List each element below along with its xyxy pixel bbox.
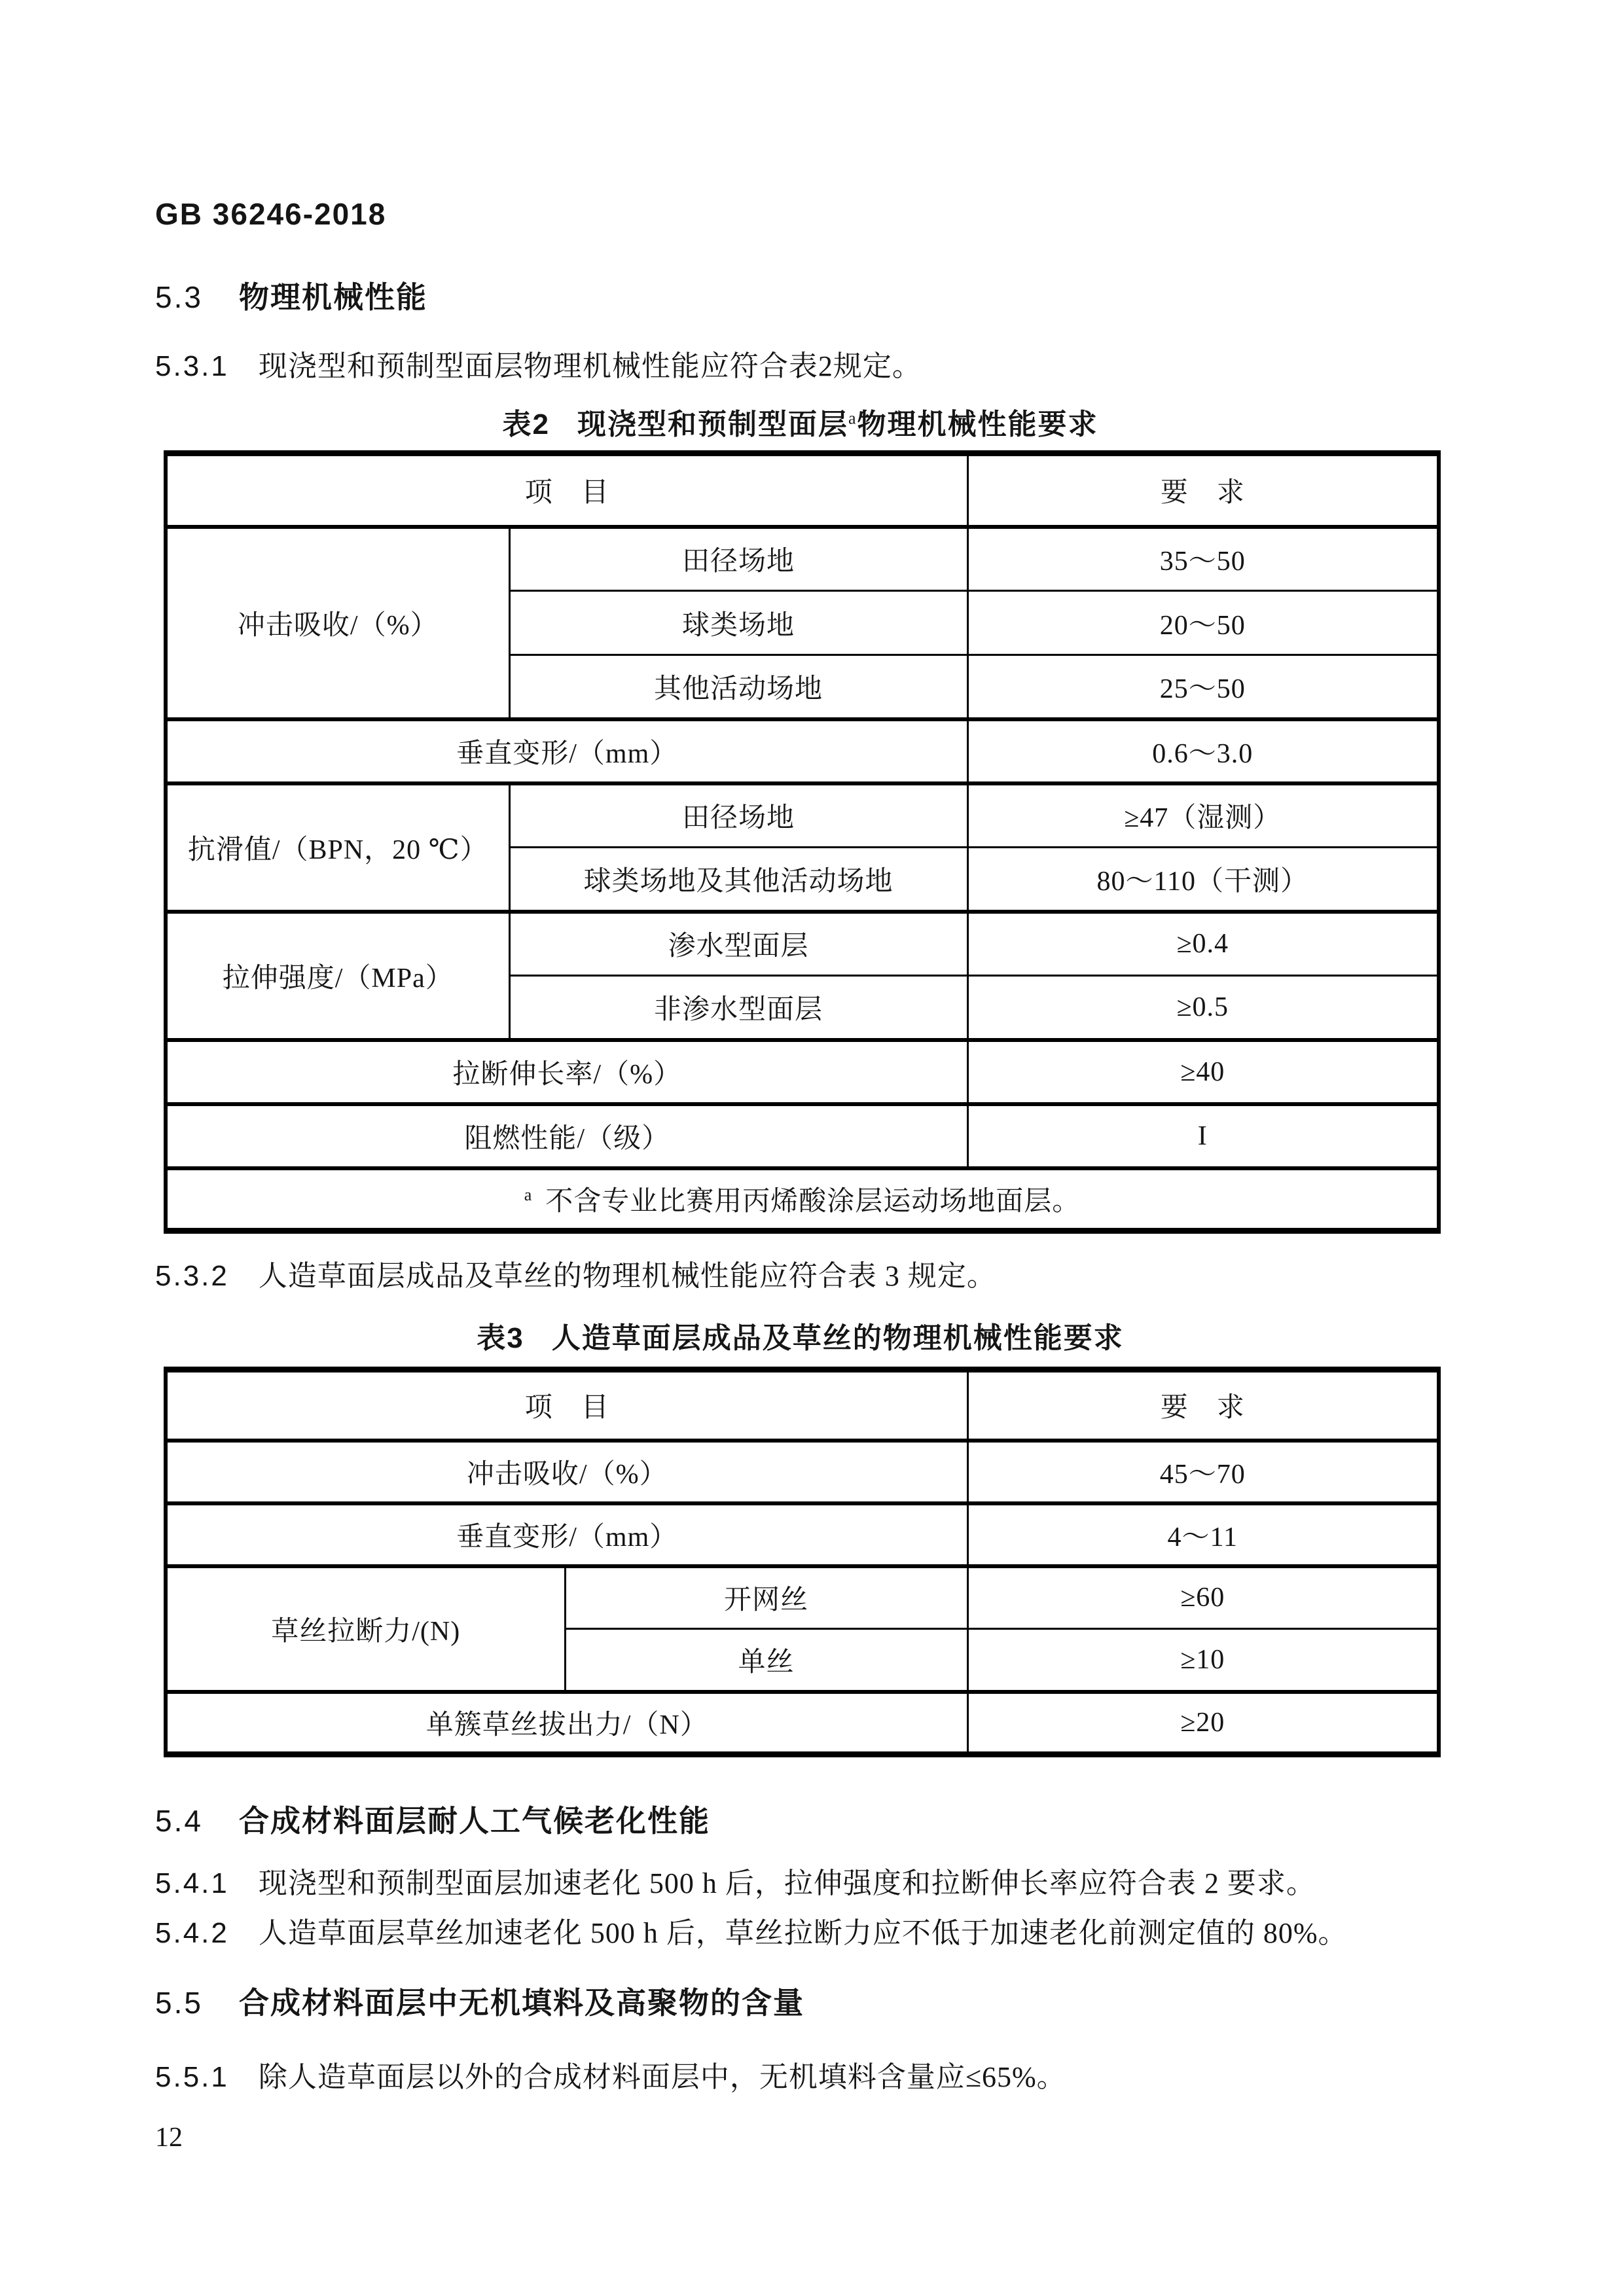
paragraph-5-3-1-number: 5.3.1 bbox=[155, 350, 229, 382]
table3-header-req: 要 求 bbox=[967, 1370, 1439, 1441]
table2-caption-superscript: a bbox=[848, 408, 857, 427]
table2-caption: 表2现浇型和预制型面层a物理机械性能要求 bbox=[164, 401, 1437, 442]
table3-yarn-req-0: ≥60 bbox=[967, 1566, 1439, 1629]
paragraph-5-3-2: 5.3.2人造草面层成品及草丝的物理机械性能应符合表 3 规定。 bbox=[155, 1255, 996, 1297]
heading-5-3-title: 物理机械性能 bbox=[239, 280, 427, 314]
table2-impact-item-1: 球类场地 bbox=[509, 591, 967, 655]
table3-tuft-label: 单簇草丝拔出力/（N） bbox=[166, 1692, 967, 1755]
table3-tuft-req: ≥20 bbox=[967, 1692, 1439, 1755]
table3-vertical-req: 4～11 bbox=[967, 1503, 1439, 1566]
table3-header-row: 项 目 要 求 bbox=[166, 1370, 1439, 1441]
paragraph-5-5-1-number: 5.5.1 bbox=[155, 2061, 229, 2093]
table-row: 垂直变形/（mm） 0.6～3.0 bbox=[166, 719, 1439, 783]
heading-5-3: 5.3物理机械性能 bbox=[155, 274, 427, 317]
table3-caption-label: 表3 bbox=[477, 1322, 524, 1354]
table-row: 阻燃性能/（级） I bbox=[166, 1104, 1439, 1168]
table3-yarn-item-0: 开网丝 bbox=[565, 1566, 967, 1629]
paragraph-5-3-1-text: 现浇型和预制型面层物理机械性能应符合表2规定。 bbox=[259, 350, 922, 382]
paragraph-5-5-1: 5.5.1除人造草面层以外的合成材料面层中，无机填料含量应≤65%。 bbox=[155, 2056, 1066, 2098]
table2-header-item: 项 目 bbox=[166, 454, 967, 527]
table2-impact-label: 冲击吸收/（%） bbox=[166, 527, 509, 719]
table2-caption-text: 现浇型和预制型面层a物理机械性能要求 bbox=[577, 408, 1098, 440]
heading-5-5-number: 5.5 bbox=[155, 1986, 203, 2020]
heading-5-3-number: 5.3 bbox=[155, 280, 203, 314]
table2-tensile-req-1: ≥0.5 bbox=[967, 976, 1439, 1040]
table3-vertical-label: 垂直变形/（mm） bbox=[166, 1503, 967, 1566]
table3-impact-req: 45～70 bbox=[967, 1441, 1439, 1503]
table2-elongation-label: 拉断伸长率/（%） bbox=[166, 1040, 967, 1104]
table2: 项 目 要 求 冲击吸收/（%） 田径场地 35～50 球类场地 20～50 其… bbox=[164, 450, 1441, 1234]
table-row: 冲击吸收/（%） 田径场地 35～50 bbox=[166, 527, 1439, 591]
table2-flame-req: I bbox=[967, 1104, 1439, 1168]
table-row: 冲击吸收/（%） 45～70 bbox=[166, 1441, 1439, 1503]
table2-header-row: 项 目 要 求 bbox=[166, 454, 1439, 527]
paragraph-5-4-1-text: 现浇型和预制型面层加速老化 500 h 后，拉伸强度和拉断伸长率应符合表 2 要… bbox=[259, 1867, 1316, 1899]
table-row: 草丝拉断力/(N) 开网丝 ≥60 bbox=[166, 1566, 1439, 1629]
table2-impact-item-0: 田径场地 bbox=[509, 527, 967, 591]
table2-impact-item-2: 其他活动场地 bbox=[509, 655, 967, 719]
table2-impact-req-2: 25～50 bbox=[967, 655, 1439, 719]
table-row: 拉断伸长率/（%） ≥40 bbox=[166, 1040, 1439, 1104]
table2-vertical-label: 垂直变形/（mm） bbox=[166, 719, 967, 783]
table2-tensile-item-1: 非渗水型面层 bbox=[509, 976, 967, 1040]
table2-footnote-superscript: a bbox=[524, 1185, 533, 1204]
table-row: 垂直变形/（mm） 4～11 bbox=[166, 1503, 1439, 1566]
paragraph-5-4-1-number: 5.4.1 bbox=[155, 1867, 229, 1899]
standard-number: GB 36246-2018 bbox=[155, 196, 386, 232]
table2-impact-req-0: 35～50 bbox=[967, 527, 1439, 591]
heading-5-5-title: 合成材料面层中无机填料及高聚物的含量 bbox=[239, 1986, 804, 2020]
table2-slip-req-1: 80～110（干测） bbox=[967, 848, 1439, 912]
heading-5-4: 5.4合成材料面层耐人工气候老化性能 bbox=[155, 1797, 710, 1840]
table2-tensile-req-0: ≥0.4 bbox=[967, 912, 1439, 976]
table3-impact-label: 冲击吸收/（%） bbox=[166, 1441, 967, 1503]
table3-yarn-item-1: 单丝 bbox=[565, 1629, 967, 1692]
paragraph-5-4-2-text: 人造草面层草丝加速老化 500 h 后，草丝拉断力应不低于加速老化前测定值的 8… bbox=[259, 1917, 1348, 1949]
page-number: 12 bbox=[155, 2122, 183, 2153]
heading-5-4-number: 5.4 bbox=[155, 1804, 203, 1838]
table2-tensile-label: 拉伸强度/（MPa） bbox=[166, 912, 509, 1040]
paragraph-5-3-1: 5.3.1现浇型和预制型面层物理机械性能应符合表2规定。 bbox=[155, 346, 922, 387]
table2-slip-req-0: ≥47（湿测） bbox=[967, 783, 1439, 848]
table2-slip-item-0: 田径场地 bbox=[509, 783, 967, 848]
table2-impact-req-1: 20～50 bbox=[967, 591, 1439, 655]
table3-caption: 表3人造草面层成品及草丝的物理机械性能要求 bbox=[164, 1314, 1437, 1356]
table2-tensile-item-0: 渗水型面层 bbox=[509, 912, 967, 976]
table3-header-item: 项 目 bbox=[166, 1370, 967, 1441]
table3-caption-text: 人造草面层成品及草丝的物理机械性能要求 bbox=[552, 1322, 1124, 1354]
table3: 项 目 要 求 冲击吸收/（%） 45～70 垂直变形/（mm） 4～11 草丝… bbox=[164, 1367, 1441, 1757]
table2-footnote-text: 不含专业比赛用丙烯酸涂层运动场地面层。 bbox=[545, 1187, 1080, 1217]
heading-5-4-title: 合成材料面层耐人工气候老化性能 bbox=[239, 1804, 710, 1838]
table2-elongation-req: ≥40 bbox=[967, 1040, 1439, 1104]
table2-caption-label: 表2 bbox=[502, 408, 549, 440]
table-row: 拉伸强度/（MPa） 渗水型面层 ≥0.4 bbox=[166, 912, 1439, 976]
paragraph-5-4-2-number: 5.4.2 bbox=[155, 1917, 229, 1949]
table-row: 单簇草丝拔出力/（N） ≥20 bbox=[166, 1692, 1439, 1755]
document-page: GB 36246-2018 5.3物理机械性能 5.3.1现浇型和预制型面层物理… bbox=[0, 0, 1624, 2296]
heading-5-5: 5.5合成材料面层中无机填料及高聚物的含量 bbox=[155, 1979, 804, 2022]
table2-footnote: a不含专业比赛用丙烯酸涂层运动场地面层。 bbox=[166, 1168, 1439, 1231]
paragraph-5-3-2-number: 5.3.2 bbox=[155, 1260, 229, 1292]
table-row: 抗滑值/（BPN，20 ℃） 田径场地 ≥47（湿测） bbox=[166, 783, 1439, 848]
table3-yarn-label: 草丝拉断力/(N) bbox=[166, 1566, 565, 1692]
table2-vertical-req: 0.6～3.0 bbox=[967, 719, 1439, 783]
paragraph-5-4-2: 5.4.2人造草面层草丝加速老化 500 h 后，草丝拉断力应不低于加速老化前测… bbox=[155, 1912, 1348, 1954]
table2-slip-label: 抗滑值/（BPN，20 ℃） bbox=[166, 783, 509, 912]
table2-caption-main: 现浇型和预制型面层 bbox=[577, 408, 848, 440]
table3-yarn-req-1: ≥10 bbox=[967, 1629, 1439, 1692]
table2-header-req: 要 求 bbox=[967, 454, 1439, 527]
table2-footnote-row: a不含专业比赛用丙烯酸涂层运动场地面层。 bbox=[166, 1168, 1439, 1231]
table2-flame-label: 阻燃性能/（级） bbox=[166, 1104, 967, 1168]
paragraph-5-5-1-text: 除人造草面层以外的合成材料面层中，无机填料含量应≤65%。 bbox=[259, 2061, 1066, 2093]
table2-caption-rest: 物理机械性能要求 bbox=[857, 408, 1098, 440]
table2-slip-item-1: 球类场地及其他活动场地 bbox=[509, 848, 967, 912]
paragraph-5-3-2-text: 人造草面层成品及草丝的物理机械性能应符合表 3 规定。 bbox=[259, 1260, 996, 1292]
paragraph-5-4-1: 5.4.1现浇型和预制型面层加速老化 500 h 后，拉伸强度和拉断伸长率应符合… bbox=[155, 1863, 1316, 1905]
